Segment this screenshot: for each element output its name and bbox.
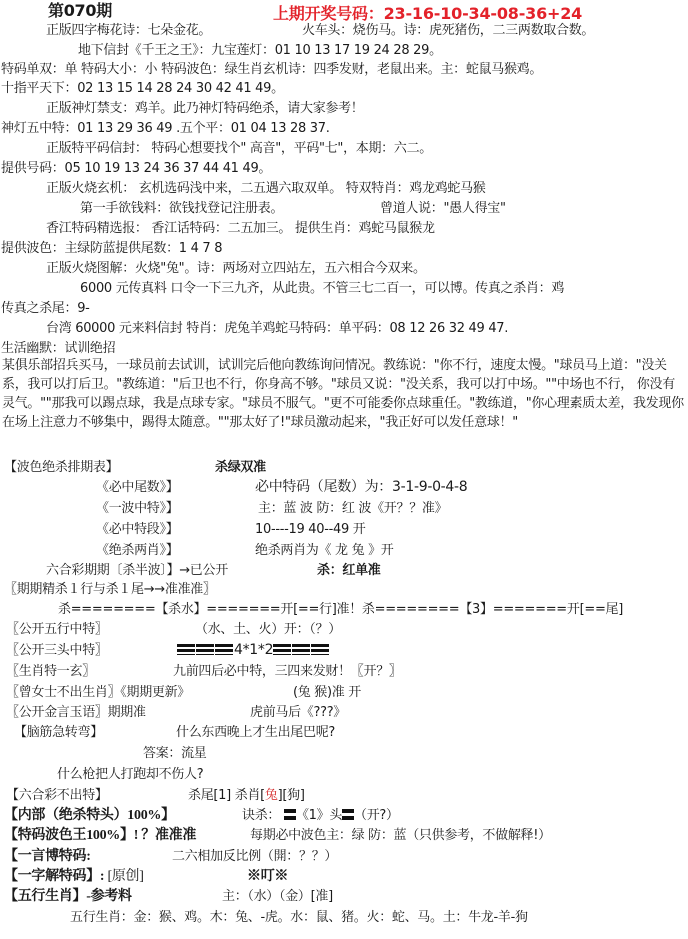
humor-story: 某俱乐部招兵买马，一球员前去试训，试训完后他向教练询问情况。教练说："你不行，速…	[2, 356, 686, 432]
wave-row-value: 主：蓝 波 防：红 波《开？？准》	[258, 500, 447, 517]
xiangjiang-report: 香江特码精选报： 香江话特码：二五加三。 提供生肖：鸡蛇马鼠猴龙	[46, 220, 435, 237]
wuxing-label: 【五行生肖】	[4, 889, 86, 904]
last-draw-numbers: 23-16-10-34-08-36+24	[384, 4, 582, 23]
fax-tail: 传真之杀尾：9-	[1, 300, 90, 317]
no-special-red: 兔	[265, 788, 278, 803]
underground-envelope: 地下信封《千王之王》：九宝莲灯：01 10 13 17 19 24 28 29。	[78, 42, 442, 59]
last-draw-label: 上期开奖号码：	[273, 4, 384, 23]
wave-king-value: 每期必中波色主：绿 防：蓝（只供参考，不做解释!）	[250, 827, 551, 844]
one-word-label: 【一言博特码:	[4, 848, 91, 865]
bar-icon	[196, 644, 214, 655]
no-special-label: 【六合彩不出特】	[6, 787, 108, 804]
wuxing-line: 【五行生肖】-参考料	[4, 888, 132, 905]
issue-title: 第070期	[48, 2, 112, 19]
one-char-value: ※叮※	[247, 868, 288, 885]
first-hand: 第一手欲钱料：欲钱找登记注册表。	[80, 200, 283, 217]
provided-numbers: 提供号码：05 10 19 13 24 36 37 44 41 49。	[1, 160, 271, 177]
bar-icon	[284, 809, 296, 820]
no-special-pre: 杀尾[1] 杀肖[	[188, 788, 265, 803]
half-wave-value: 杀：红单准	[317, 562, 381, 579]
fax-material: 6000 元传真料 口令一下三九齐，从此贵。不管三七二百一，可以博。传真之杀肖：…	[80, 280, 564, 297]
wave-row-label: 《绝杀两肖》】	[96, 542, 178, 559]
bar-icon	[311, 644, 329, 655]
flat-envelope: 正版特平码信封： 特码心想要找个" 高音"，平码"七"，本期：六二。	[46, 140, 432, 157]
wave-row-label: 《必中尾数》】	[96, 479, 178, 496]
train-head: 火车头：烧伤马。诗：虎死猪伤，二三两数取合数。	[302, 22, 594, 39]
wuxing-suffix: -参考料	[86, 889, 131, 904]
five-elements-value: （水、土、火）开：（？）	[195, 621, 341, 638]
three-head-value: 4*1*2	[177, 642, 330, 659]
humor-title: 生活幽默：试训绝招	[1, 340, 115, 357]
special-attributes: 特码单双：单 特码大小：小 特码波色：绿生肖玄机诗：四季发财，老鼠出来。主：蛇鼠…	[1, 61, 542, 78]
riddle-answer: 答案：流星	[143, 745, 207, 762]
kill-line: 杀========【杀水】=======开[==行]准！杀========【3】…	[58, 601, 623, 618]
riddle-label: 【脑筋急转弯】	[14, 724, 103, 741]
wave-king-label: 【特码波色王100%】! ？准准准	[4, 827, 196, 844]
one-char-label: 【一字解特码】:	[4, 869, 104, 884]
fire-mystery: 正版火烧玄机： 玄机选码浅中来，二五遇六取双单。 特双特肖：鸡龙鸡蛇马猴	[46, 180, 485, 197]
bar-icon	[177, 644, 195, 655]
zeng-value: (兔 猴)准 开	[293, 684, 361, 701]
one-word-value: 二六相加反比例（開：？？）	[172, 848, 337, 865]
wuxing-detail: 五行生肖：金：猴、鸡。木：兔、-虎。水：鼠、猪。火：蛇、马。土：牛龙-羊-狗	[70, 909, 528, 926]
zeng-label: 〖曾女士不出生肖〗《期期更新》	[6, 684, 190, 701]
lamp-ban: 正版神灯禁支：鸡羊。此乃神灯特码绝杀，请大家参考！	[46, 100, 364, 117]
no-special-post: ][狗]	[278, 788, 305, 803]
golden-value: 虎前马后《???》	[250, 704, 346, 721]
wave-row-label: 《一波中特》】	[96, 500, 178, 517]
kill-line-title: 〖期期精杀１行与杀１尾→→准准准〗	[4, 581, 216, 598]
riddle-question: 什么东西晚上才生出尾巴呢?	[176, 724, 335, 741]
one-char-line: 【一字解特码】: [原创]	[4, 868, 144, 885]
provided-wave: 提供波色：主绿防蓝提供尾数：1 4 7 8	[1, 240, 222, 257]
zodiac-one-label: 〖生肖特一玄〗	[6, 663, 95, 680]
five-elements-label: 〖公开五行中特〗	[6, 621, 108, 638]
wave-row-label: 《必中特段》】	[96, 521, 178, 538]
riddle-question-2: 什么枪把人打跑却不伤人?	[57, 766, 203, 783]
ten-fingers: 十指平天下：02 13 15 14 28 24 30 42 41 49。	[1, 80, 284, 97]
bar-icon	[273, 644, 291, 655]
bar-icon	[342, 809, 354, 820]
three-head-digits: 4*1*2	[234, 642, 273, 658]
wave-row-value: 10----19 40--49 开	[255, 521, 365, 538]
wave-row-value: 绝杀两肖为《 龙 兔 》开	[255, 542, 394, 559]
inner-post: （开?）	[354, 808, 399, 823]
fire-diagram: 正版火烧图解：火烧"兔"。诗：两场对立四站左，五六相合今双来。	[46, 260, 426, 277]
wave-table-title: 【波色绝杀排期表】	[4, 459, 118, 476]
inner-mid: 《1》头	[296, 808, 342, 823]
bar-icon	[292, 644, 310, 655]
wave-row-value: 必中特码（尾数）为：3-1-9-0-4-8	[255, 479, 467, 496]
plum-poem: 正版四字梅花诗：七朵金花。	[46, 22, 211, 39]
inner-pre: 诀杀：	[242, 808, 280, 823]
bar-icon	[215, 644, 233, 655]
last-draw-banner: 上期开奖号码：23-16-10-34-08-36+24	[273, 1, 582, 24]
one-char-tag: [原创]	[107, 869, 143, 884]
zeng-says: 曾道人说："愚人得宝"	[380, 200, 506, 217]
inner-value: 诀杀： 《1》头（开?）	[242, 807, 399, 824]
wave-table-headline: 杀绿双准	[215, 459, 266, 476]
inner-label: 【内部（绝杀特头）100%】	[4, 807, 175, 824]
no-special-value: 杀尾[1] 杀肖[兔][狗]	[188, 787, 305, 804]
zodiac-one-value: 九前四后必中特，三四来发财！〖开？〗	[173, 663, 402, 680]
lamp-five: 神灯五中特：01 13 29 36 49 .五个平：01 04 13 28 37…	[1, 120, 330, 137]
taiwan-envelope: 台湾 60000 元来料信封 特肖：虎兔羊鸡蛇马特码：单平码：08 12 26 …	[46, 320, 508, 337]
golden-label: 〖公开金言玉语〗期期准	[6, 704, 146, 721]
half-wave-label: 六合彩期期〔杀半波〕】→已公开	[46, 562, 228, 579]
three-head-label: 〖公开三头中特〗	[6, 642, 108, 659]
wuxing-value: 主：（水）（金）[准]	[222, 888, 333, 905]
